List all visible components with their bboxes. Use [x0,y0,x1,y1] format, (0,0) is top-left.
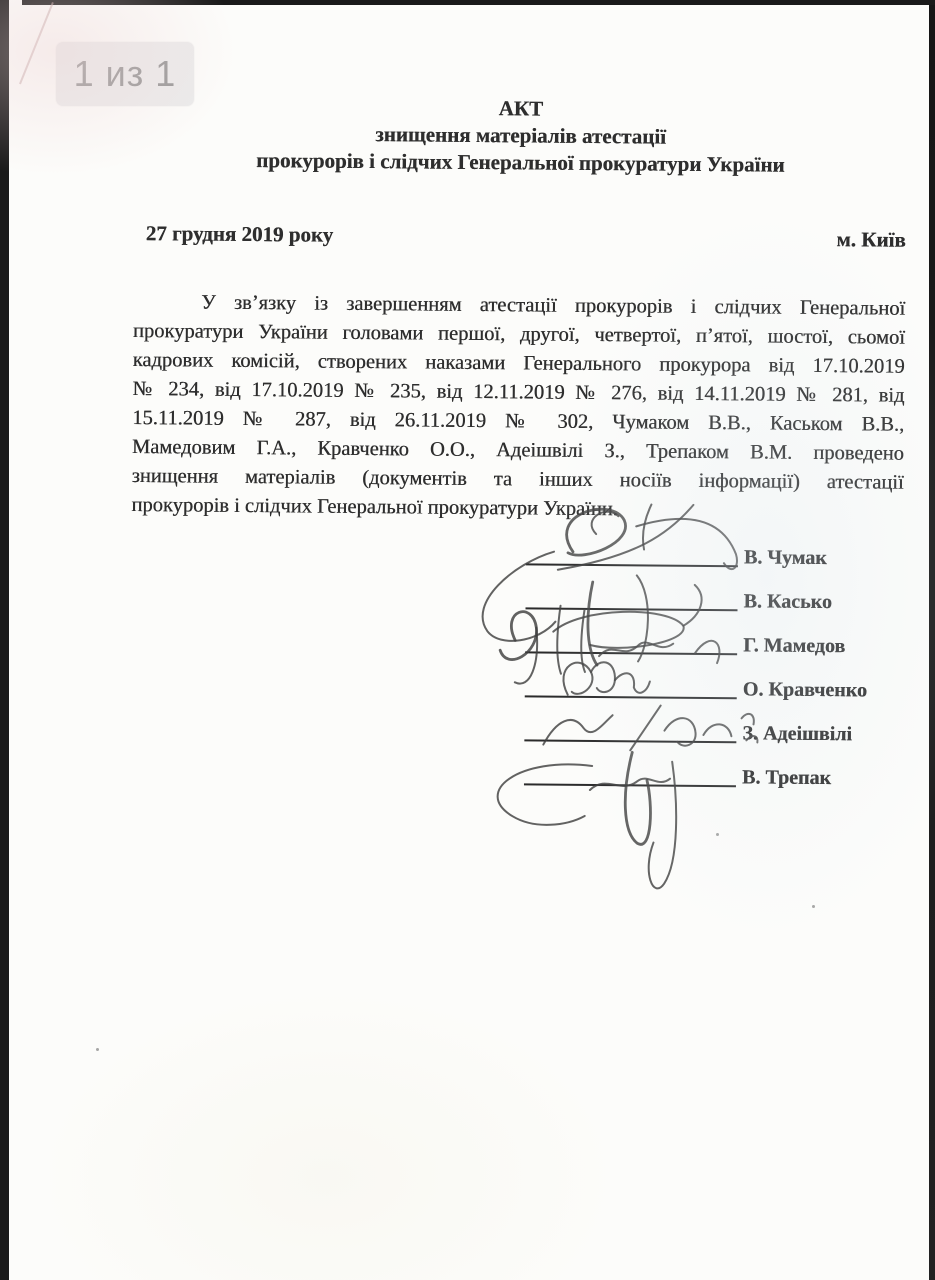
signature-block: В. Чумак В. Касько Г. Мамедов О. Кравчен… [524,521,903,788]
signatory-name: З. Адеішвілі [742,722,852,745]
signature-line [524,739,736,787]
scanned-document-page: 1 из 1 АКТ знищення матеріалів атестації… [0,0,935,1280]
scan-edge-left [0,0,9,1280]
signature-row: Г. Мамедов [525,609,902,656]
signature-line [524,695,736,743]
document-title: АКТ знищення матеріалів атестації прокур… [134,92,907,180]
signatory-name: В. Трепак [742,766,831,789]
scan-speck [716,833,719,836]
document-place: м. Київ [836,225,906,255]
signatory-name: В. Касько [743,590,831,613]
page-fold-crease [19,2,54,84]
scan-edge-top [22,0,935,5]
signature-row: В. Трепак [524,741,901,788]
scan-speck [96,1048,99,1051]
body-paragraph: У зв’язку із завершенням атестації проку… [131,288,905,527]
dateline: 27 грудня 2019 року м. Київ [134,219,906,255]
signature-row: О. Кравченко [525,653,902,700]
signature-line [525,563,737,611]
signature-row: З. Адеішвілі [524,697,901,744]
signature-line [525,607,737,655]
signature-line [525,651,737,699]
signatory-name: О. Кравченко [743,678,867,701]
signature-line [526,519,738,567]
scan-edge-right [929,0,935,1280]
signature-row: В. Касько [525,565,902,612]
signature-row: В. Чумак [526,521,903,568]
signatory-name: Г. Мамедов [743,634,845,657]
signatory-name: В. Чумак [744,546,827,569]
title-line-3: прокурорів і слідчих Генеральної прокура… [134,146,906,180]
page-indicator-label: 1 из 1 [74,53,177,95]
document-date: 27 грудня 2019 року [134,219,334,250]
scan-speck [812,905,815,908]
document-content: АКТ знищення матеріалів атестації прокур… [129,92,907,789]
